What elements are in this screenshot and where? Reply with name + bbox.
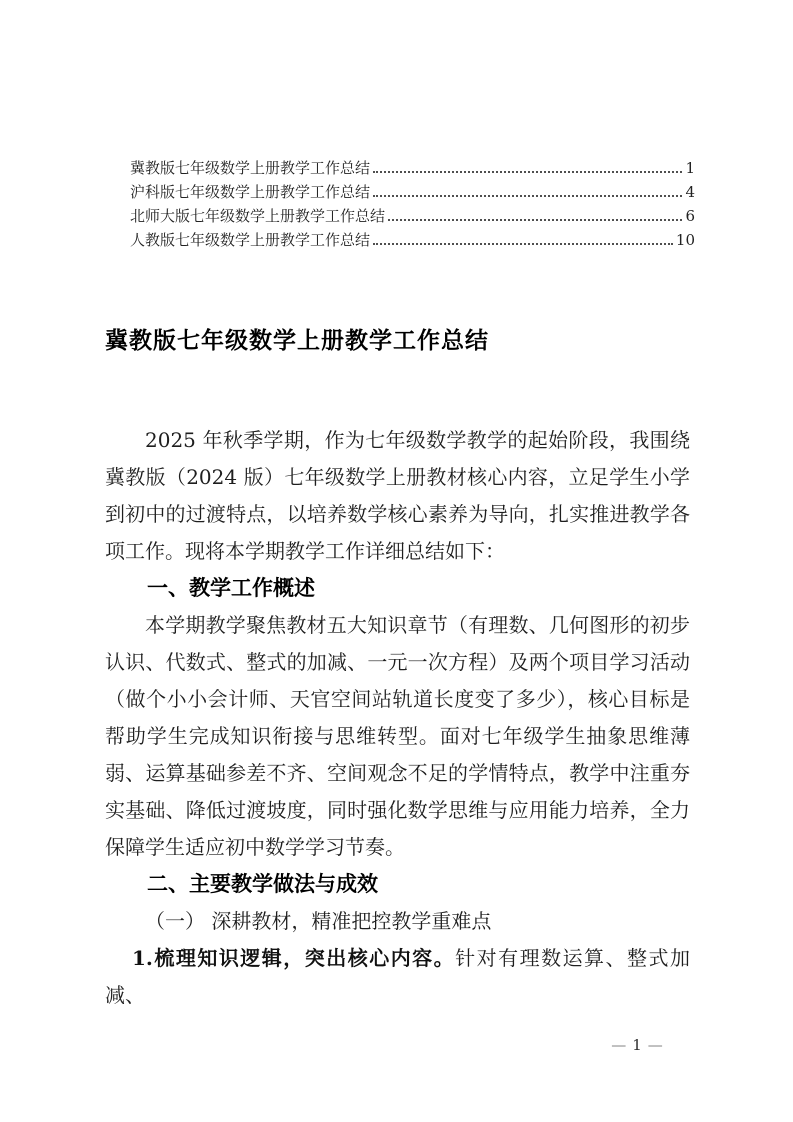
toc-page-number[interactable]: 6: [685, 207, 695, 225]
section-1-heading: 一、教学工作概述: [105, 570, 690, 607]
toc-entry[interactable]: 沪科版七年级数学上册教学工作总结 4: [130, 178, 695, 202]
toc-entry-title[interactable]: 冀教版七年级数学上册教学工作总结: [130, 157, 370, 178]
page-footer: —1—: [575, 1036, 699, 1054]
footer-page-number: 1: [632, 1036, 642, 1054]
toc-page-number[interactable]: 1: [685, 159, 695, 177]
toc-leader-dots: [373, 178, 682, 197]
intro-paragraph: 2025 年秋季学期，作为七年级数学教学的起始阶段，我围绕冀教版（2024 版）…: [105, 422, 690, 570]
document-title: 冀教版七年级数学上册教学工作总结: [105, 326, 489, 356]
toc-entry[interactable]: 北师大版七年级数学上册教学工作总结 6: [130, 202, 695, 226]
section-1-paragraph: 本学期教学聚焦教材五大知识章节（有理数、几何图形的初步认识、代数式、整式的加减、…: [105, 607, 690, 866]
document-page: 冀教版七年级数学上册教学工作总结 1 沪科版七年级数学上册教学工作总结 4 北师…: [0, 0, 793, 1122]
toc-page-number[interactable]: 4: [685, 183, 695, 201]
toc-leader-dots: [373, 226, 673, 245]
toc-entry-title[interactable]: 北师大版七年级数学上册教学工作总结: [130, 205, 385, 226]
toc-entry[interactable]: 冀教版七年级数学上册教学工作总结 1: [130, 154, 695, 178]
toc-page-number[interactable]: 10: [676, 231, 695, 249]
point-1-lead: 1.梳理知识逻辑，突出核心内容。: [132, 946, 455, 970]
footer-dash-right: —: [648, 1036, 663, 1054]
toc-leader-dots: [373, 154, 682, 173]
toc-entry-title[interactable]: 人教版七年级数学上册教学工作总结: [130, 229, 370, 250]
toc-leader-dots: [388, 202, 682, 221]
section-2-heading: 二、主要教学做法与成效: [105, 866, 690, 903]
document-body: 2025 年秋季学期，作为七年级数学教学的起始阶段，我围绕冀教版（2024 版）…: [105, 422, 690, 1014]
toc-entry[interactable]: 人教版七年级数学上册教学工作总结 10: [130, 226, 695, 250]
footer-dash-left: —: [611, 1036, 626, 1054]
point-1-paragraph: 1.梳理知识逻辑，突出核心内容。针对有理数运算、整式加减、: [105, 940, 690, 1014]
toc-entry-title[interactable]: 沪科版七年级数学上册教学工作总结: [130, 181, 370, 202]
subsection-1-heading: （一） 深耕教材，精准把控教学重难点: [105, 903, 690, 940]
table-of-contents: 冀教版七年级数学上册教学工作总结 1 沪科版七年级数学上册教学工作总结 4 北师…: [130, 154, 695, 250]
